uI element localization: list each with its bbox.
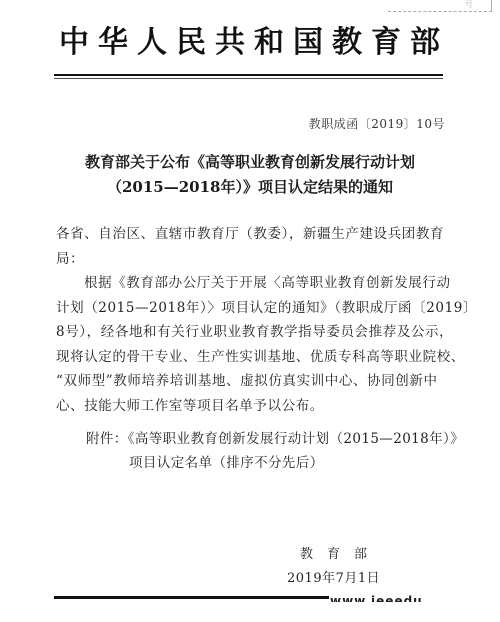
document-title: 教育部关于公布《高等职业教育创新发展行动计划 （2015—2018年）》项目认定… bbox=[0, 150, 500, 200]
masthead-rule-thin bbox=[54, 78, 443, 79]
paragraph-line: 根据《教育部办公厅关于开展〈高等职业教育创新发展行动 bbox=[56, 271, 456, 296]
addressee: 各省、自治区、直辖市教育厅（教委），新疆生产建设兵团教育 局： bbox=[56, 222, 456, 271]
attachment-line-1: 附件：《高等职业教育创新发展行动计划（2015—2018年）》 bbox=[86, 427, 464, 451]
paragraph-line: 8号），经各地和有关行业职业教育教学指导委员会推荐及公示， bbox=[56, 320, 456, 345]
signature-date: 2019年7月1日 bbox=[287, 567, 380, 586]
addressee-line: 局： bbox=[56, 247, 456, 272]
addressee-line: 各省、自治区、直辖市教育厅（教委），新疆生产建设兵团教育 bbox=[56, 222, 456, 247]
paragraph-line: 现将认定的骨干专业、生产性实训基地、优质专科高等职业院校、 bbox=[56, 345, 456, 370]
document-number: 教职成函〔2019〕10号 bbox=[309, 115, 445, 132]
paragraph-line: 心、技能大师工作室等项目名单予以公布。 bbox=[56, 394, 456, 419]
body-paragraph: 根据《教育部办公厅关于开展〈高等职业教育创新发展行动 计划（2015—2018年… bbox=[56, 271, 456, 418]
attachment-note: 附件：《高等职业教育创新发展行动计划（2015—2018年）》 项目认定名单（排… bbox=[86, 427, 464, 475]
masthead-title: 中华人民共和国教育部 bbox=[0, 26, 500, 60]
attachment-line-2: 项目认定名单（排序不分先后） bbox=[86, 451, 464, 475]
paragraph-line: “双师型”教师培养培训基地、虚拟仿真实训中心、协同创新中 bbox=[56, 369, 456, 394]
corner-stamp-mark: 号 bbox=[388, 0, 492, 12]
signature-issuer: 教育部 bbox=[300, 543, 381, 562]
title-line-2: （2015—2018年）》项目认定结果的通知 bbox=[0, 175, 500, 200]
paragraph-line: 计划（2015—2018年）〉项目认定的通知》（教职成厅函〔2019〕 bbox=[56, 296, 456, 321]
footer-rule bbox=[54, 596, 329, 599]
masthead-rule-thick bbox=[54, 74, 443, 76]
footer-watermark: www.ieeedu bbox=[330, 592, 450, 602]
title-line-1: 教育部关于公布《高等职业教育创新发展行动计划 bbox=[0, 150, 500, 175]
